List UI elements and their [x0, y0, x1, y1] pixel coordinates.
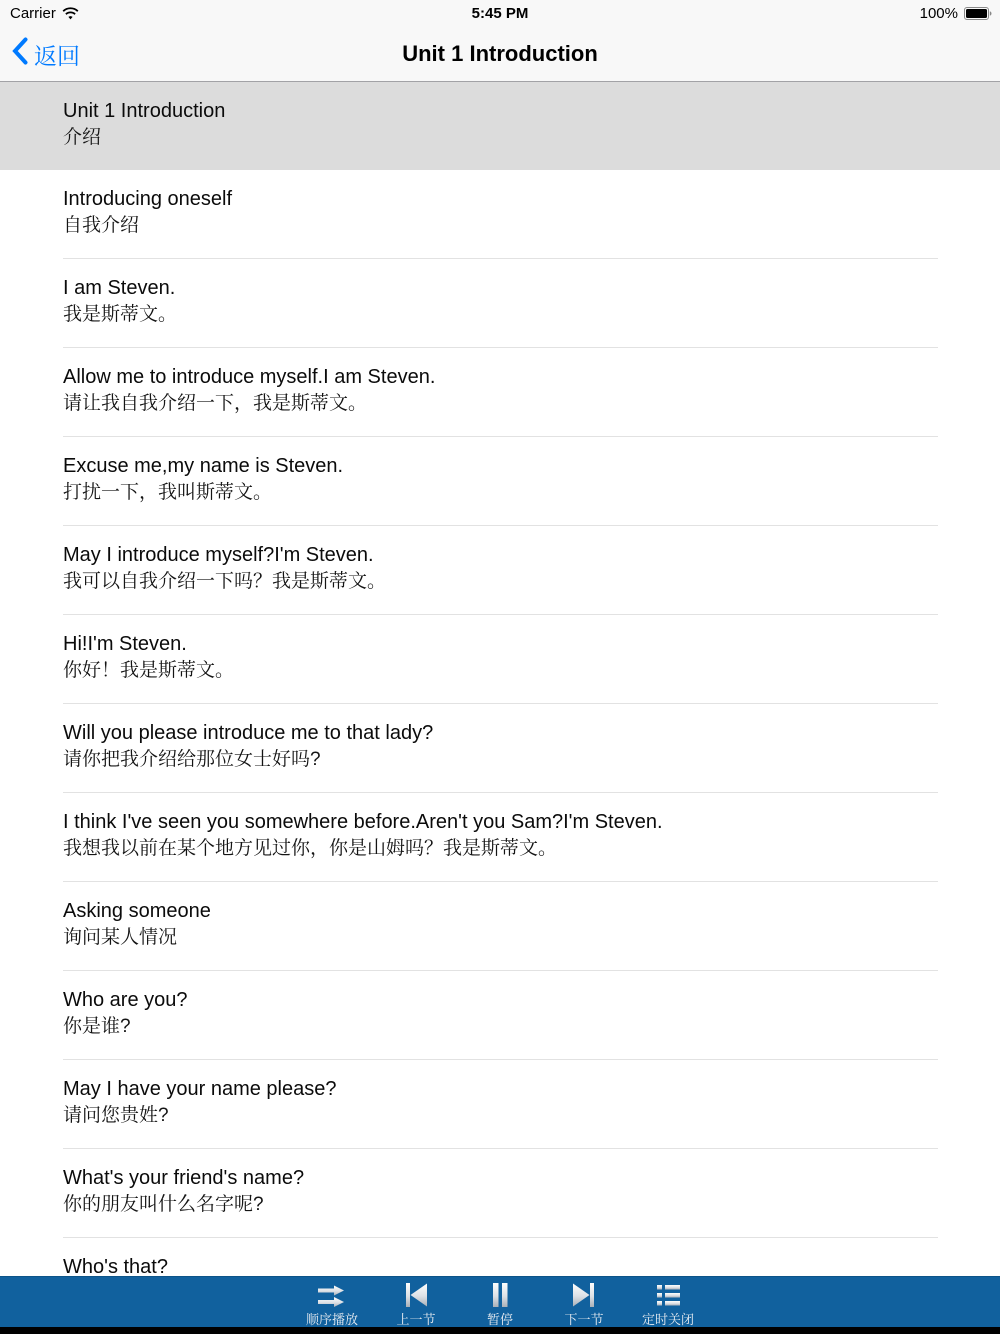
page-title: Unit 1 Introduction — [0, 27, 1000, 81]
toolbar-item-label: 定时关闭 — [642, 1309, 694, 1328]
status-left: Carrier — [10, 5, 79, 22]
toolbar-item-label: 上一节 — [396, 1309, 435, 1328]
phrase-chinese: 询问某人情况 — [63, 924, 938, 952]
phrase-chinese: 你是谁? — [63, 1013, 938, 1041]
phrase-chinese: 你的朋友叫什么名字呢? — [63, 1191, 938, 1219]
list-item[interactable]: What's your friend's name? 你的朋友叫什么名字呢? — [0, 1149, 1000, 1238]
list-item[interactable]: I think I've seen you somewhere before.A… — [0, 793, 1000, 882]
playback-toolbar: 顺序播放 上一节 暂停 下一节 定时关闭 — [0, 1276, 1000, 1327]
phrase-chinese: 你好！我是斯蒂文。 — [63, 657, 938, 685]
toolbar-item-label: 顺序播放 — [306, 1309, 358, 1328]
toolbar-item[interactable]: 暂停 — [470, 1277, 530, 1328]
list-item[interactable]: Will you please introduce me to that lad… — [0, 704, 1000, 793]
phrase-chinese: 我可以自我介绍一下吗？我是斯蒂文。 — [63, 568, 938, 596]
next-section-icon — [570, 1281, 598, 1308]
phrase-english: May I have your name please? — [63, 1076, 938, 1102]
toolbar-item-label: 暂停 — [487, 1309, 513, 1328]
status-time: 5:45 PM — [0, 0, 1000, 27]
toolbar-item-label: 下一节 — [564, 1309, 603, 1328]
wifi-icon — [62, 7, 79, 20]
phrase-chinese: 我是斯蒂文。 — [63, 301, 938, 329]
carrier-label: Carrier — [10, 5, 56, 22]
phrase-english: Who are you? — [63, 987, 938, 1013]
battery-icon — [964, 7, 992, 20]
list-item[interactable]: Excuse me,my name is Steven. 打扰一下，我叫斯蒂文。 — [0, 437, 1000, 526]
nav-bar: 返回 Unit 1 Introduction — [0, 27, 1000, 82]
toolbar-item[interactable]: 上一节 — [386, 1277, 446, 1328]
phrase-list: Unit 1 Introduction 介绍 Introducing onese… — [0, 82, 1000, 1327]
previous-section-icon — [402, 1281, 430, 1308]
phrase-chinese: 请你把我介绍给那位女士好吗? — [63, 746, 938, 774]
list-item[interactable]: Asking someone 询问某人情况 — [0, 882, 1000, 971]
sequence-play-icon — [315, 1281, 349, 1308]
pause-icon — [488, 1281, 512, 1308]
phrase-english: May I introduce myself?I'm Steven. — [63, 542, 938, 568]
status-bar: Carrier 5:45 PM 100% — [0, 0, 1000, 27]
phrase-english: I am Steven. — [63, 275, 938, 301]
phrase-chinese: 我想我以前在某个地方见过你，你是山姆吗？我是斯蒂文。 — [63, 835, 938, 863]
list-item[interactable]: Unit 1 Introduction 介绍 — [0, 82, 1000, 170]
phrase-chinese: 请问您贵姓? — [63, 1102, 938, 1130]
phrase-english: What's your friend's name? — [63, 1165, 938, 1191]
toolbar-item[interactable]: 顺序播放 — [302, 1277, 362, 1328]
phrase-english: Introducing oneself — [63, 186, 938, 212]
list-item[interactable]: Allow me to introduce myself.I am Steven… — [0, 348, 1000, 437]
app-screen: Carrier 5:45 PM 100% — [0, 0, 1000, 1334]
phrase-chinese: 打扰一下，我叫斯蒂文。 — [63, 479, 938, 507]
phrase-english: Unit 1 Introduction — [63, 98, 938, 124]
list-item[interactable]: May I introduce myself?I'm Steven. 我可以自我… — [0, 526, 1000, 615]
phrase-english: Allow me to introduce myself.I am Steven… — [63, 364, 938, 390]
phrase-chinese: 请让我自我介绍一下，我是斯蒂文。 — [63, 390, 938, 418]
status-right: 100% — [920, 5, 992, 22]
list-item[interactable]: I am Steven. 我是斯蒂文。 — [0, 259, 1000, 348]
list-item[interactable]: May I have your name please? 请问您贵姓? — [0, 1060, 1000, 1149]
toolbar-item[interactable]: 定时关闭 — [638, 1277, 698, 1328]
toolbar-item[interactable]: 下一节 — [554, 1277, 614, 1328]
sleep-timer-icon — [653, 1281, 683, 1308]
phrase-english: I think I've seen you somewhere before.A… — [63, 809, 938, 835]
phrase-english: Asking someone — [63, 898, 938, 924]
phrase-chinese: 自我介绍 — [63, 212, 938, 240]
bottom-black-strip — [0, 1327, 1000, 1334]
list-item[interactable]: Who are you? 你是谁? — [0, 971, 1000, 1060]
phrase-english: Hi!I'm Steven. — [63, 631, 938, 657]
phrase-english: Excuse me,my name is Steven. — [63, 453, 938, 479]
phrase-english: Will you please introduce me to that lad… — [63, 720, 938, 746]
battery-percent-label: 100% — [920, 5, 958, 22]
list-item[interactable]: Introducing oneself 自我介绍 — [0, 170, 1000, 259]
phrase-chinese: 介绍 — [63, 124, 938, 152]
list-item[interactable]: Hi!I'm Steven. 你好！我是斯蒂文。 — [0, 615, 1000, 704]
